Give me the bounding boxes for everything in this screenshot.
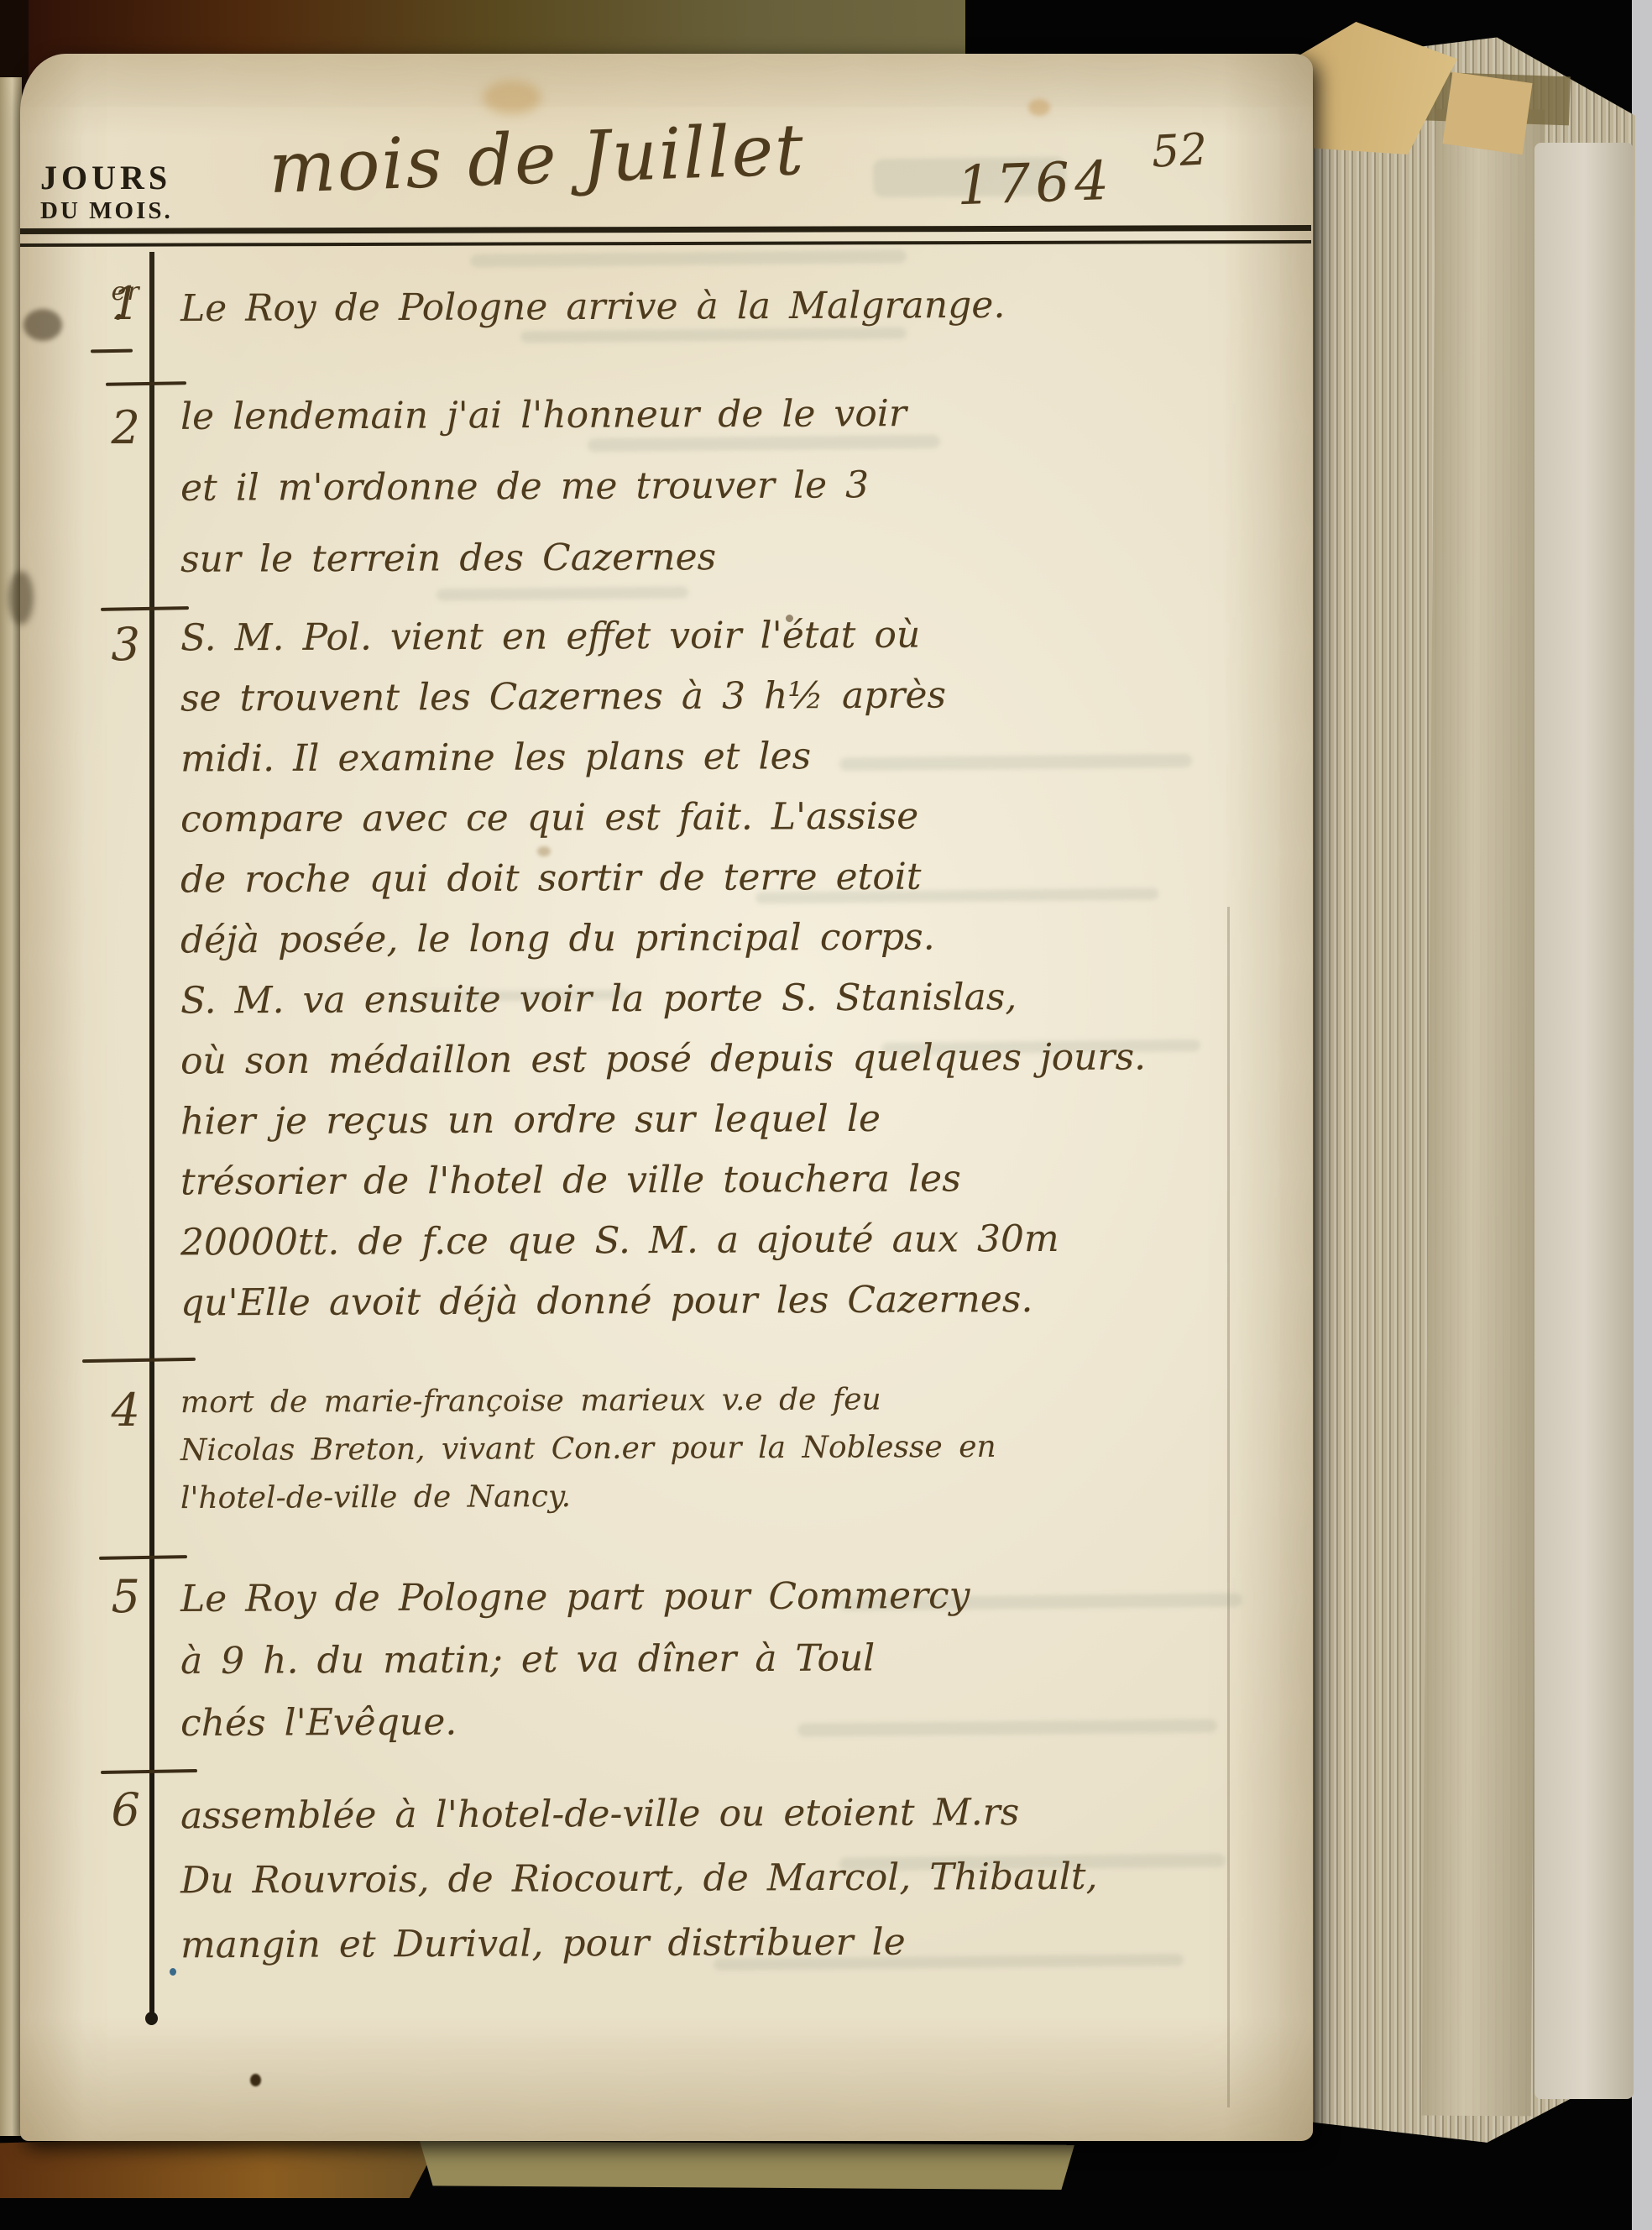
entry-line: Le Roy de Pologne arrive à la Malgrange. <box>180 280 1006 334</box>
entry-day-5: Le Roy de Pologne part pour Commercy à 9… <box>180 1567 970 1753</box>
entry-line: se trouvent les Cazernes à 3 h½ après <box>180 664 1146 729</box>
day-dot: . <box>112 277 126 330</box>
entry-day-4: mort de marie-françoise marieux v.e de f… <box>180 1377 996 1521</box>
day-digit: 5 <box>112 1570 140 1623</box>
entry-line: hier je reçus un ordre sur lequel le <box>180 1087 1146 1152</box>
ink-speck-blue <box>170 1968 176 1976</box>
page-number: 52 <box>1150 124 1208 177</box>
entry-line: Nicolas Breton, vivant Con.er pour la No… <box>180 1423 996 1474</box>
entry-line: trésorier de l'hotel de ville touchera l… <box>180 1148 1146 1212</box>
bottom-page-edge <box>420 2141 1074 2190</box>
printed-label-line1: JOURS <box>40 160 173 196</box>
left-page-edges <box>0 77 22 2136</box>
entry-line: S. M. Pol. vient en effet voir l'état où <box>180 604 1146 668</box>
entry-line: S. M. va ensuite voir la porte S. Stanis… <box>180 966 1146 1031</box>
entry-line: de roche qui doit sortir de terre etoit <box>180 845 1146 910</box>
ink-smudge <box>8 571 34 625</box>
entry-line: chés l'Evêque. <box>180 1689 970 1755</box>
paper-stain <box>537 846 551 856</box>
entry-line: mort de marie-françoise marieux v.e de f… <box>180 1375 996 1426</box>
entry-line: Le Roy de Pologne part pour Commercy <box>180 1565 970 1631</box>
printed-label-line2: DU MOIS. <box>40 198 173 225</box>
fore-edge-pages-outer <box>1534 143 1634 2099</box>
day-digit: 4 <box>112 1384 140 1437</box>
day-digit: 3 <box>112 618 140 671</box>
entry-line: midi. Il examine les plans et les <box>180 725 1146 789</box>
entry-line: assemblée à l'hotel-de-ville ou etoient … <box>180 1780 1098 1849</box>
entry-line: déjà posée, le long du principal corps. <box>180 906 1146 971</box>
year-label: 1764 <box>956 150 1115 217</box>
paper-stain <box>1028 99 1050 116</box>
entry-day-2: le lendemain j'ai l'honneur de le voir e… <box>180 380 907 594</box>
entry-line: et il m'ordonne de me trouver le 3 <box>180 449 907 524</box>
paper-crease <box>1227 907 1230 2107</box>
entry-line: l'hotel-de-ville de Nancy. <box>180 1471 996 1522</box>
scanner-background-strip <box>1632 0 1652 2230</box>
column-rule <box>149 252 154 2020</box>
ink-speck <box>786 615 793 622</box>
torn-corner-paper-small <box>1442 72 1532 155</box>
bottom-cover-edge <box>0 2131 445 2198</box>
entry-line: Du Rouvrois, de Riocourt, de Marcol, Thi… <box>180 1845 1098 1913</box>
entry-line: le lendemain j'ai l'honneur de le voir <box>180 378 907 453</box>
manuscript-photo: JOURS DU MOIS. mois de Juillet 1764 52 1… <box>0 0 1652 2230</box>
entry-day-3: S. M. Pol. vient en effet voir l'état où… <box>180 606 1146 1332</box>
entry-day-6: assemblée à l'hotel-de-ville ou etoient … <box>180 1782 1098 1976</box>
paper-stain <box>483 81 541 114</box>
day-digit: 2 <box>112 401 140 454</box>
entry-line: mangin et Durival, pour distribuer le <box>180 1909 1098 1978</box>
entry-line: où son médaillon est posé depuis quelque… <box>180 1027 1146 1091</box>
entry-line: 20000tt. de f.ce que S. M. a ajouté aux … <box>180 1208 1146 1273</box>
entry-line: qu'Elle avoit déjà donné pour les Cazern… <box>180 1269 1146 1333</box>
fore-edge-pages-mid <box>1422 109 1545 2117</box>
entry-line: à 9 h. du matin; et va dîner à Toul <box>180 1627 970 1693</box>
day-digit: 6 <box>112 1783 140 1836</box>
printed-column-label: JOURS DU MOIS. <box>40 160 173 225</box>
ink-blot <box>250 2074 261 2086</box>
entry-day-1: Le Roy de Pologne arrive à la Malgrange. <box>180 282 1005 332</box>
ink-smudge <box>24 309 62 341</box>
entry-line: compare avec ce qui est fait. L'assise <box>180 785 1146 850</box>
entry-line: sur le terrein des Cazernes <box>180 521 907 595</box>
